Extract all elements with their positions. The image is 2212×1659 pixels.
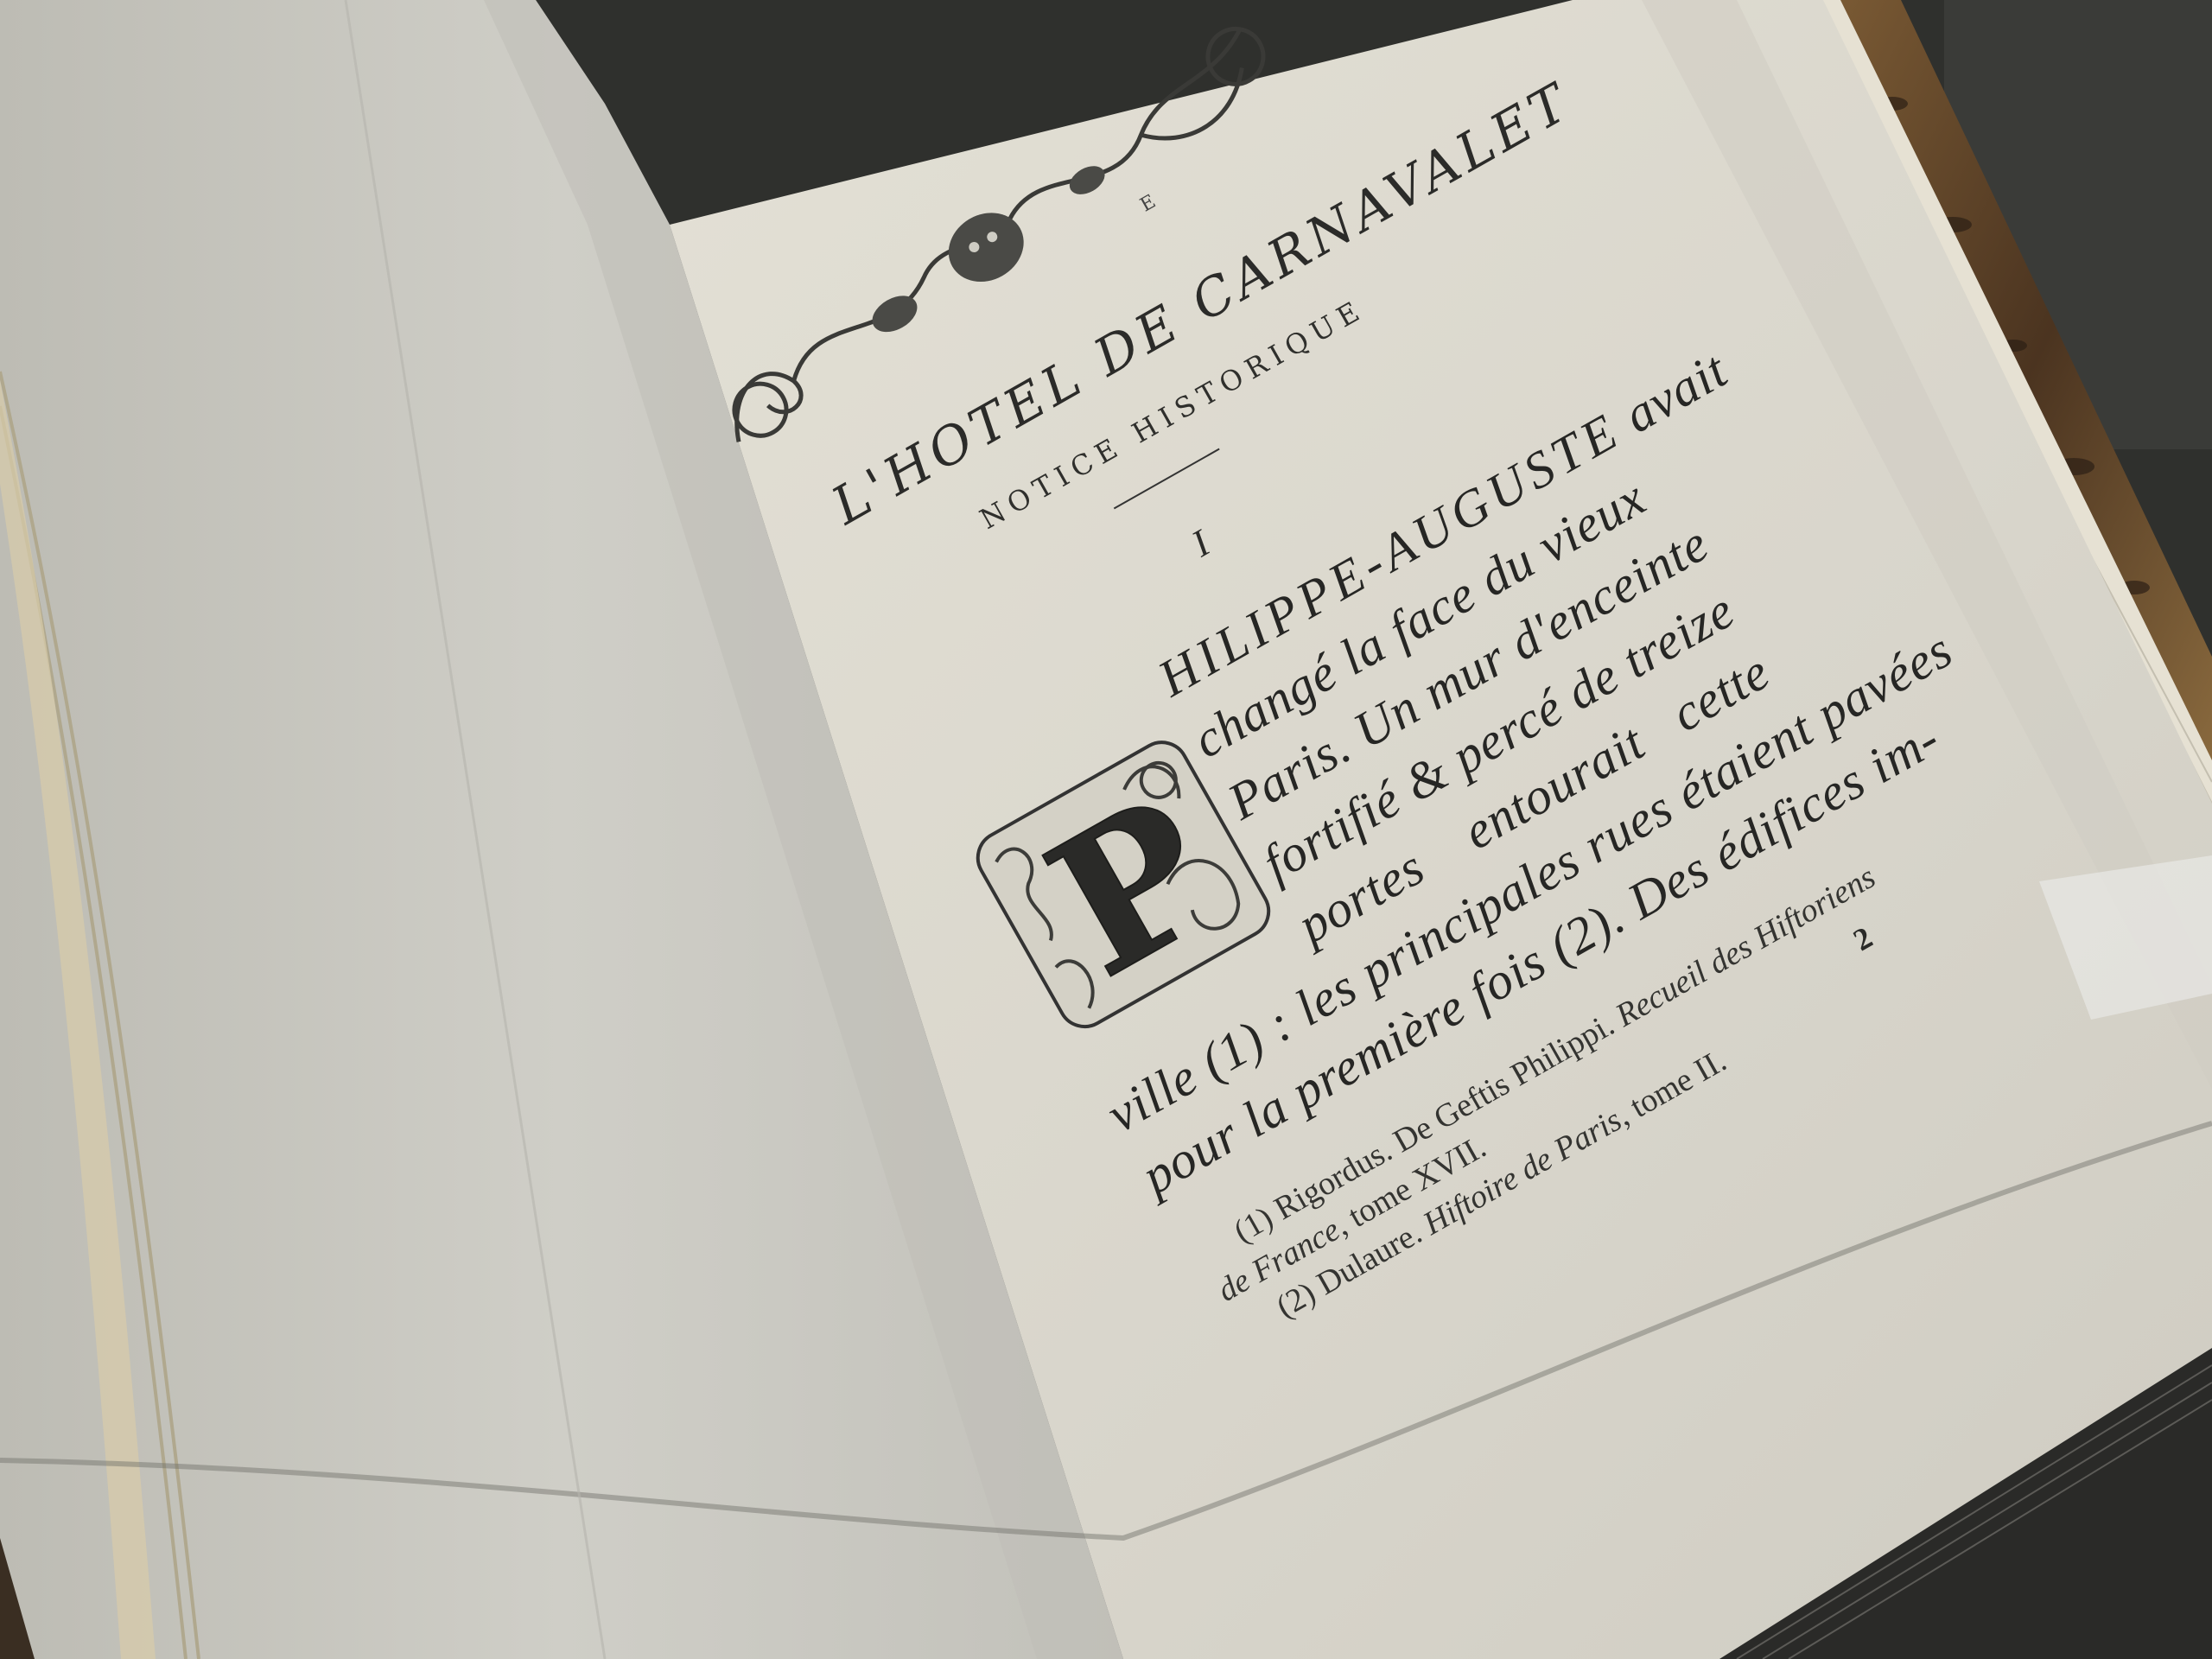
ornament-mark: E bbox=[1137, 191, 1160, 217]
